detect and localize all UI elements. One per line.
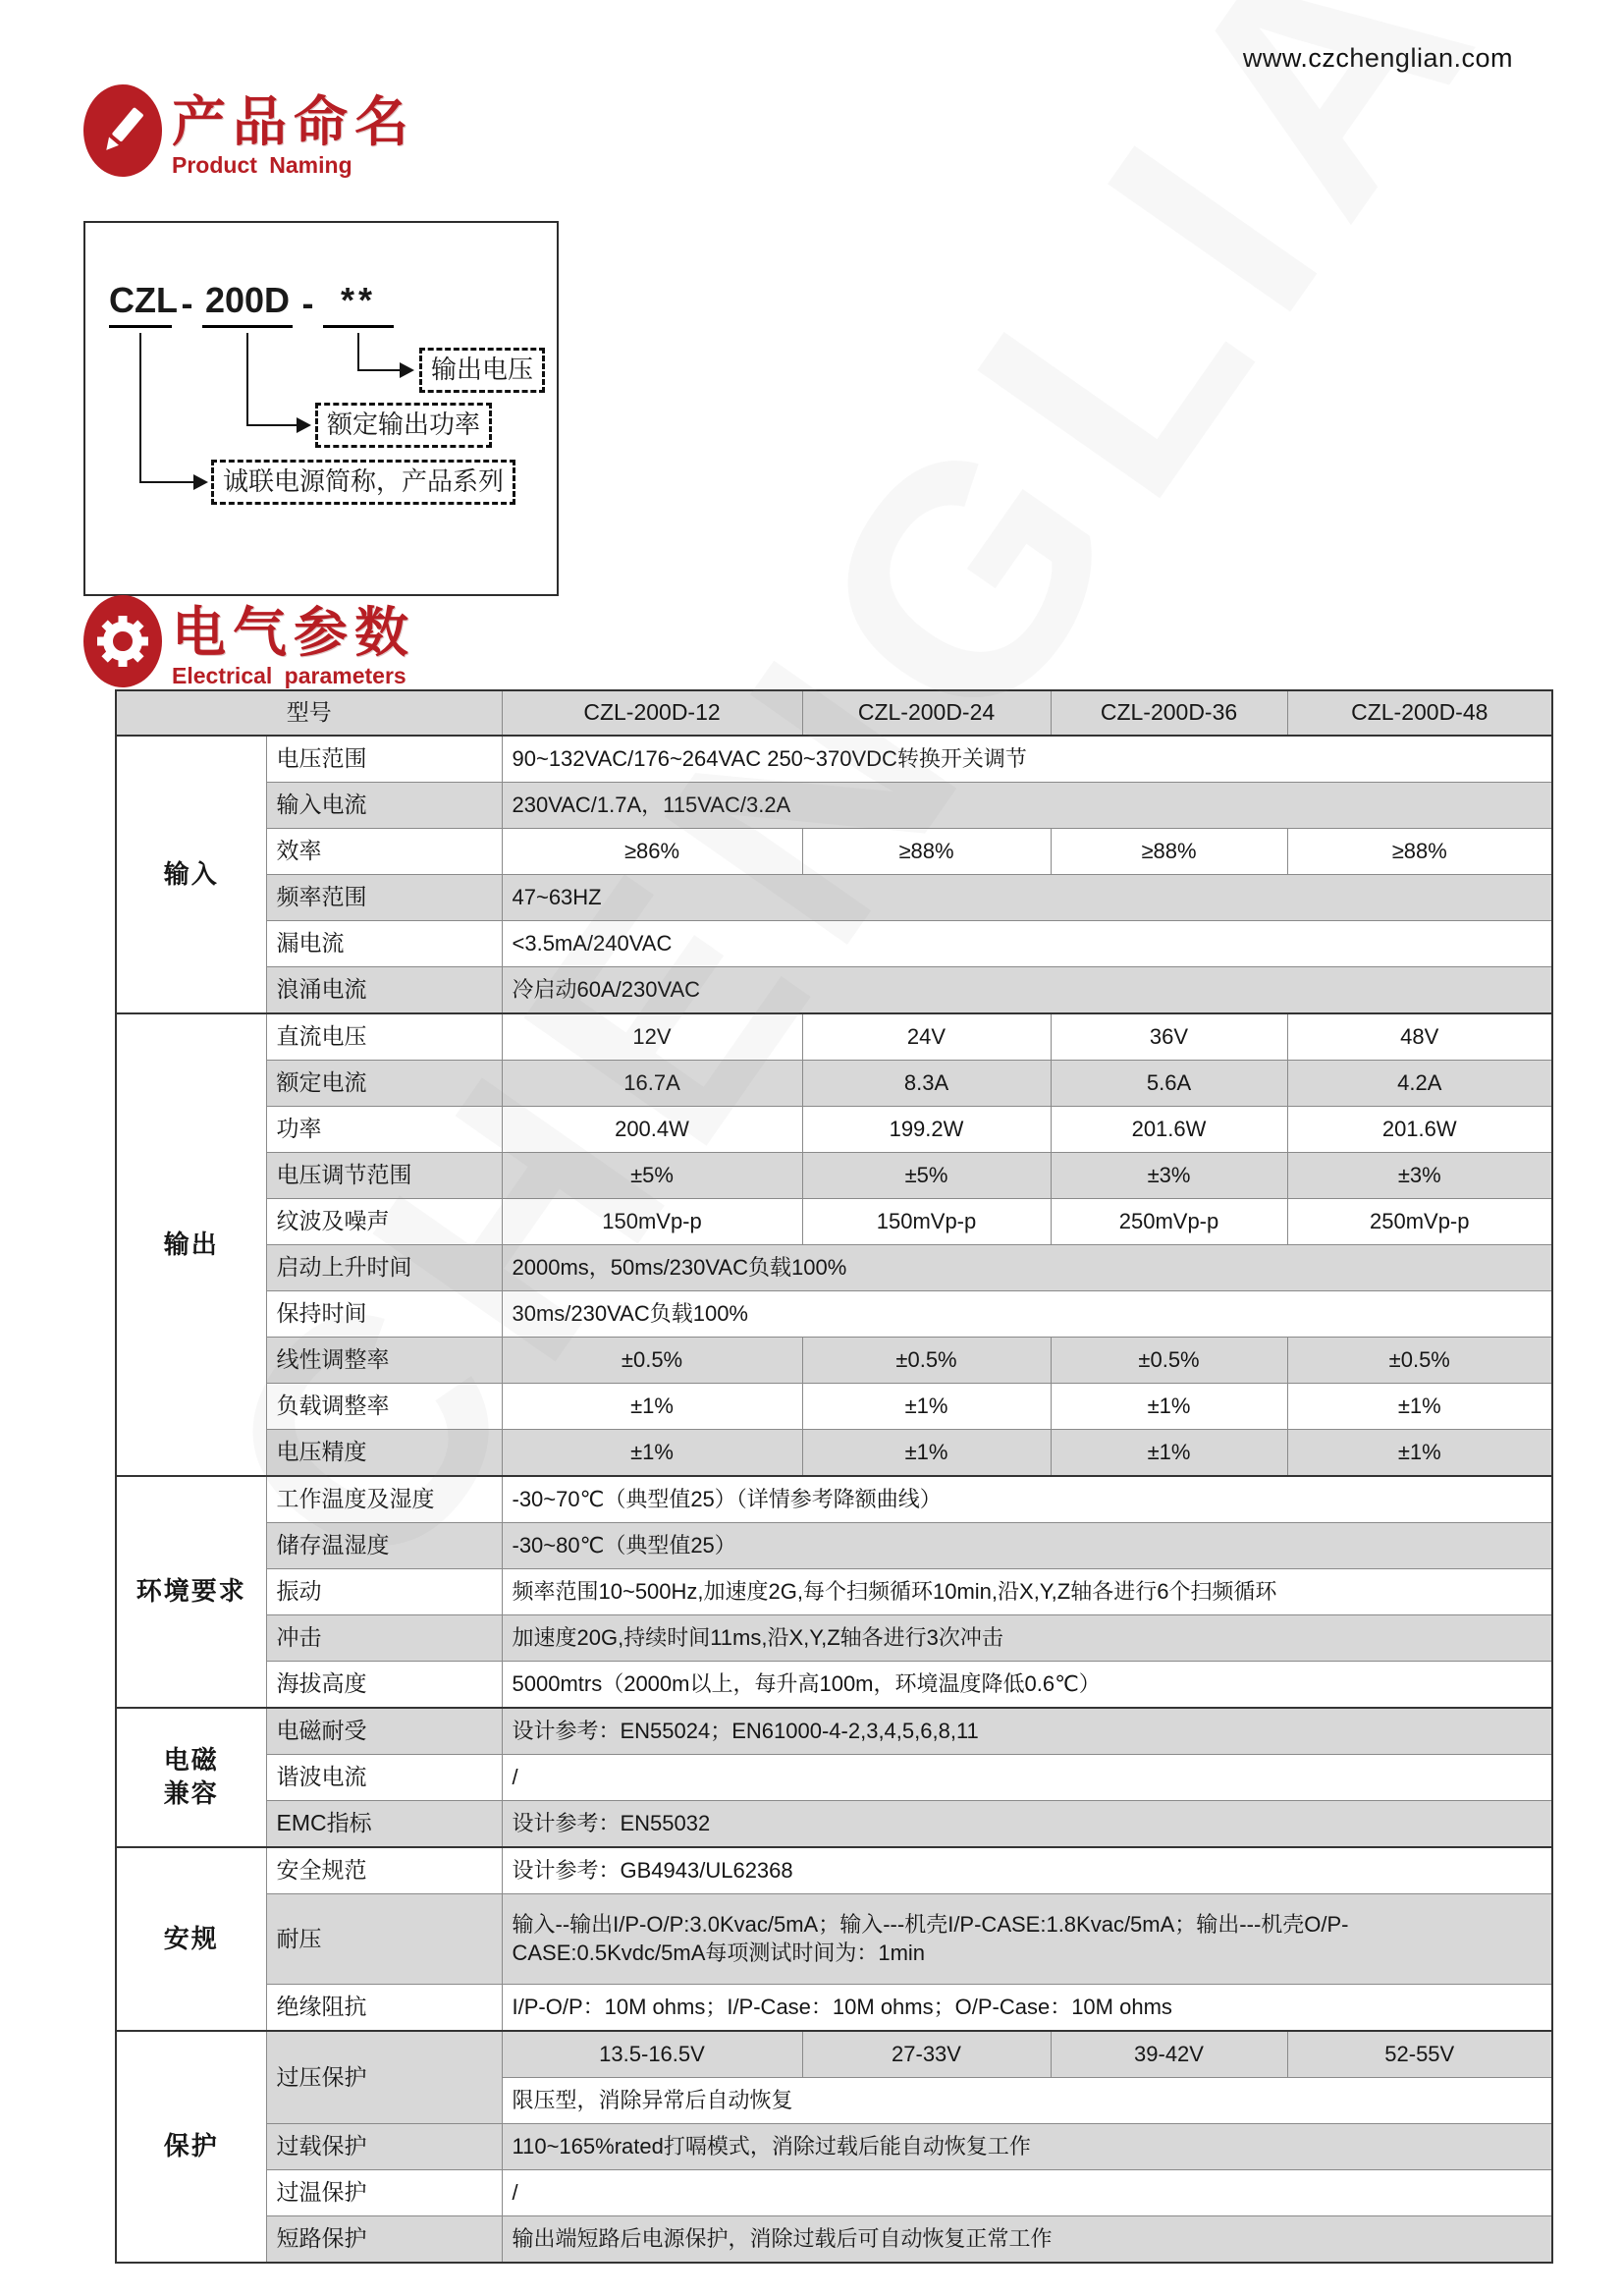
value-cell: 150mVp-p	[502, 1199, 802, 1245]
formula-separator: -	[172, 283, 202, 328]
value-cell: 199.2W	[802, 1107, 1051, 1153]
param-cell: 纹波及噪声	[266, 1199, 502, 1245]
value-cell: ±3%	[1051, 1153, 1287, 1199]
param-cell: 额定电流	[266, 1061, 502, 1107]
gear-icon	[83, 595, 162, 687]
connector-line	[139, 333, 141, 483]
table-row: 输出直流电压12V24V36V48V	[116, 1013, 1552, 1061]
value-cell: ±0.5%	[1051, 1338, 1287, 1384]
value-cell: 52-55V	[1287, 2031, 1552, 2078]
value-cell: 250mVp-p	[1287, 1199, 1552, 1245]
table-row: 频率范围47~63HZ	[116, 875, 1552, 921]
electrical-parameters-title-block: 电气参数 Electrical parameters	[172, 595, 415, 689]
table-row: 输入电流230VAC/1.7A，115VAC/3.2A	[116, 783, 1552, 829]
table-row: 短路保护输出端短路后电源保护，消除过载后可自动恢复正常工作	[116, 2216, 1552, 2264]
param-cell: 短路保护	[266, 2216, 502, 2264]
value-cell: ≥88%	[1051, 829, 1287, 875]
param-cell: 输入电流	[266, 783, 502, 829]
value-cell: 设计参考：GB4943/UL62368	[502, 1847, 1552, 1894]
table-row: 电压调节范围±5%±5%±3%±3%	[116, 1153, 1552, 1199]
value-cell: ±1%	[1051, 1430, 1287, 1477]
value-cell: ±1%	[1287, 1384, 1552, 1430]
value-cell: 加速度20G,持续时间11ms,沿X,Y,Z轴各进行3次冲击	[502, 1615, 1552, 1662]
category-cell: 保护	[116, 2031, 266, 2263]
value-cell: 输入--输出I/P-O/P:3.0Kvac/5mA；输入---机壳I/P-CAS…	[502, 1894, 1552, 1985]
table-row: 绝缘阻抗I/P-O/P：10M ohms；I/P-Case：10M ohms；O…	[116, 1985, 1552, 2032]
param-cell: 电磁耐受	[266, 1708, 502, 1755]
param-cell: 启动上升时间	[266, 1245, 502, 1291]
category-cell: 安规	[116, 1847, 266, 2031]
value-cell: 2000ms，50ms/230VAC负载100%	[502, 1245, 1552, 1291]
value-cell: 150mVp-p	[802, 1199, 1051, 1245]
table-row: 功率200.4W199.2W201.6W201.6W	[116, 1107, 1552, 1153]
param-cell: 绝缘阻抗	[266, 1985, 502, 2032]
param-cell: 谐波电流	[266, 1755, 502, 1801]
value-cell: 47~63HZ	[502, 875, 1552, 921]
table-row: 效率≥86%≥88%≥88%≥88%	[116, 829, 1552, 875]
param-cell: 负载调整率	[266, 1384, 502, 1430]
category-cell: 输入	[116, 736, 266, 1013]
value-cell: 输出端短路后电源保护，消除过载后可自动恢复正常工作	[502, 2216, 1552, 2264]
value-cell: 设计参考：EN55024；EN61000-4-2,3,4,5,6,8,11	[502, 1708, 1552, 1755]
arrow-icon	[193, 474, 208, 490]
model-code-formula: CZL - 200D - **	[109, 280, 394, 328]
table-row: 电压精度±1%±1%±1%±1%	[116, 1430, 1552, 1477]
pencil-icon	[83, 84, 162, 177]
model-header-cell: 型号	[116, 690, 502, 736]
product-naming-stamp: 产品命名 Product Naming	[83, 84, 415, 179]
spec-sheet-page: www.czchenglian.com 产品命名 Product Naming …	[0, 0, 1623, 2296]
value-cell: ±1%	[802, 1430, 1051, 1477]
category-cell: 电磁 兼容	[116, 1708, 266, 1847]
value-cell: 频率范围10~500Hz,加速度2G,每个扫频循环10min,沿X,Y,Z轴各进…	[502, 1569, 1552, 1615]
value-cell: 27-33V	[802, 2031, 1051, 2078]
model-column-header: CZL-200D-48	[1287, 690, 1552, 736]
value-cell: 5.6A	[1051, 1061, 1287, 1107]
connector-line	[139, 481, 193, 483]
table-row: 输入电压范围90~132VAC/176~264VAC 250~370VDC转换开…	[116, 736, 1552, 783]
value-cell: 110~165%rated打嗝模式，消除过载后能自动恢复工作	[502, 2124, 1552, 2170]
param-cell: 功率	[266, 1107, 502, 1153]
site-url[interactable]: www.czchenglian.com	[1243, 43, 1513, 74]
spec-table-body: 输入电压范围90~132VAC/176~264VAC 250~370VDC转换开…	[116, 736, 1552, 2263]
param-cell: 海拔高度	[266, 1662, 502, 1709]
category-cell: 环境要求	[116, 1476, 266, 1708]
value-cell: <3.5mA/240VAC	[502, 921, 1552, 967]
value-cell: ±1%	[802, 1384, 1051, 1430]
value-cell: 90~132VAC/176~264VAC 250~370VDC转换开关调节	[502, 736, 1552, 783]
table-row: 储存温湿度-30~80℃（典型值25）	[116, 1523, 1552, 1569]
value-cell: ≥86%	[502, 829, 802, 875]
value-cell: -30~70℃（典型值25）（详情参考降额曲线）	[502, 1476, 1552, 1523]
value-cell: ±0.5%	[802, 1338, 1051, 1384]
table-header-row: 型号 CZL-200D-12 CZL-200D-24 CZL-200D-36 C…	[116, 690, 1552, 736]
connector-line	[246, 333, 248, 426]
table-row: 电磁 兼容电磁耐受设计参考：EN55024；EN61000-4-2,3,4,5,…	[116, 1708, 1552, 1755]
value-cell: 30ms/230VAC负载100%	[502, 1291, 1552, 1338]
table-row: 冲击加速度20G,持续时间11ms,沿X,Y,Z轴各进行3次冲击	[116, 1615, 1552, 1662]
param-cell: 电压调节范围	[266, 1153, 502, 1199]
product-naming-title-cn: 产品命名	[172, 94, 415, 151]
param-cell: EMC指标	[266, 1801, 502, 1848]
value-cell: ±5%	[502, 1153, 802, 1199]
arrow-icon	[400, 362, 414, 378]
electrical-parameters-title-en: Electrical parameters	[172, 663, 415, 689]
value-cell: ≥88%	[802, 829, 1051, 875]
table-row: 谐波电流/	[116, 1755, 1552, 1801]
param-cell: 线性调整率	[266, 1338, 502, 1384]
param-cell: 工作温度及湿度	[266, 1476, 502, 1523]
value-cell: 230VAC/1.7A，115VAC/3.2A	[502, 783, 1552, 829]
param-cell: 过温保护	[266, 2170, 502, 2216]
value-cell: ±3%	[1287, 1153, 1552, 1199]
table-row: 保护过压保护13.5-16.5V27-33V39-42V52-55V	[116, 2031, 1552, 2078]
connector-line	[357, 369, 400, 371]
param-cell: 耐压	[266, 1894, 502, 1985]
param-cell: 保持时间	[266, 1291, 502, 1338]
table-row: 浪涌电流冷启动60A/230VAC	[116, 967, 1552, 1014]
table-row: 保持时间30ms/230VAC负载100%	[116, 1291, 1552, 1338]
value-cell: 12V	[502, 1013, 802, 1061]
model-column-header: CZL-200D-12	[502, 690, 802, 736]
value-cell: 24V	[802, 1013, 1051, 1061]
table-row: EMC指标设计参考：EN55032	[116, 1801, 1552, 1848]
value-cell: /	[502, 1755, 1552, 1801]
table-row: 环境要求工作温度及湿度-30~70℃（典型值25）（详情参考降额曲线）	[116, 1476, 1552, 1523]
value-cell: 13.5-16.5V	[502, 2031, 802, 2078]
value-cell: 16.7A	[502, 1061, 802, 1107]
param-cell: 漏电流	[266, 921, 502, 967]
value-cell: ±1%	[502, 1430, 802, 1477]
table-row: 振动频率范围10~500Hz,加速度2G,每个扫频循环10min,沿X,Y,Z轴…	[116, 1569, 1552, 1615]
value-cell: ±1%	[1287, 1430, 1552, 1477]
label-series-name: 诚联电源简称，产品系列	[211, 460, 515, 505]
label-rated-power: 额定输出功率	[315, 403, 492, 448]
product-naming-title-en: Product Naming	[172, 152, 415, 179]
value-cell: ±0.5%	[502, 1338, 802, 1384]
value-cell: 限压型，消除异常后自动恢复	[502, 2078, 1552, 2124]
arrow-icon	[297, 417, 311, 433]
value-cell: ±0.5%	[1287, 1338, 1552, 1384]
param-cell: 过载保护	[266, 2124, 502, 2170]
param-cell: 安全规范	[266, 1847, 502, 1894]
model-column-header: CZL-200D-24	[802, 690, 1051, 736]
param-cell: 冲击	[266, 1615, 502, 1662]
param-cell: 振动	[266, 1569, 502, 1615]
table-row: 过温保护/	[116, 2170, 1552, 2216]
table-row: 过载保护110~165%rated打嗝模式，消除过载后能自动恢复工作	[116, 2124, 1552, 2170]
value-cell: 8.3A	[802, 1061, 1051, 1107]
table-row: 海拔高度5000mtrs（2000m以上，每升高100m，环境温度降低0.6℃）	[116, 1662, 1552, 1709]
value-cell: 201.6W	[1287, 1107, 1552, 1153]
value-cell: ±5%	[802, 1153, 1051, 1199]
param-cell: 电压精度	[266, 1430, 502, 1477]
connector-line	[357, 333, 359, 371]
formula-series-code: CZL	[109, 280, 172, 328]
formula-separator: -	[293, 283, 323, 328]
table-row: 耐压输入--输出I/P-O/P:3.0Kvac/5mA；输入---机壳I/P-C…	[116, 1894, 1552, 1985]
formula-voltage-code: **	[323, 280, 394, 328]
electrical-parameters-title-cn: 电气参数	[172, 605, 415, 662]
label-output-voltage: 输出电压	[419, 348, 545, 393]
value-cell: 36V	[1051, 1013, 1287, 1061]
naming-diagram: CZL - 200D - ** 输出电压 额定输出功率 诚联电源简称，产品系列	[83, 221, 559, 596]
product-naming-title-block: 产品命名 Product Naming	[172, 84, 415, 179]
value-cell: ±1%	[1051, 1384, 1287, 1430]
value-cell: 200.4W	[502, 1107, 802, 1153]
category-cell: 输出	[116, 1013, 266, 1476]
value-cell: ±1%	[502, 1384, 802, 1430]
value-cell: ≥88%	[1287, 829, 1552, 875]
value-cell: 250mVp-p	[1051, 1199, 1287, 1245]
value-cell: /	[502, 2170, 1552, 2216]
connector-line	[246, 424, 297, 426]
value-cell: 4.2A	[1287, 1061, 1552, 1107]
value-cell: 冷启动60A/230VAC	[502, 967, 1552, 1014]
table-row: 负载调整率±1%±1%±1%±1%	[116, 1384, 1552, 1430]
table-row: 额定电流16.7A8.3A5.6A4.2A	[116, 1061, 1552, 1107]
spec-table: 型号 CZL-200D-12 CZL-200D-24 CZL-200D-36 C…	[115, 689, 1553, 2264]
param-cell: 电压范围	[266, 736, 502, 783]
table-row: 纹波及噪声150mVp-p150mVp-p250mVp-p250mVp-p	[116, 1199, 1552, 1245]
value-cell: 39-42V	[1051, 2031, 1287, 2078]
table-row: 启动上升时间2000ms，50ms/230VAC负载100%	[116, 1245, 1552, 1291]
table-row: 安规安全规范设计参考：GB4943/UL62368	[116, 1847, 1552, 1894]
param-cell: 储存温湿度	[266, 1523, 502, 1569]
table-row: 线性调整率±0.5%±0.5%±0.5%±0.5%	[116, 1338, 1552, 1384]
electrical-parameters-stamp: 电气参数 Electrical parameters	[83, 595, 415, 689]
param-cell: 直流电压	[266, 1013, 502, 1061]
value-cell: 48V	[1287, 1013, 1552, 1061]
table-row: 漏电流<3.5mA/240VAC	[116, 921, 1552, 967]
formula-power-code: 200D	[202, 280, 293, 328]
value-cell: 设计参考：EN55032	[502, 1801, 1552, 1848]
model-column-header: CZL-200D-36	[1051, 690, 1287, 736]
value-cell: -30~80℃（典型值25）	[502, 1523, 1552, 1569]
value-cell: 201.6W	[1051, 1107, 1287, 1153]
param-cell: 频率范围	[266, 875, 502, 921]
param-cell: 浪涌电流	[266, 967, 502, 1014]
param-cell: 效率	[266, 829, 502, 875]
value-cell: 5000mtrs（2000m以上，每升高100m，环境温度降低0.6℃）	[502, 1662, 1552, 1709]
value-cell: I/P-O/P：10M ohms；I/P-Case：10M ohms；O/P-C…	[502, 1985, 1552, 2032]
param-cell: 过压保护	[266, 2031, 502, 2124]
